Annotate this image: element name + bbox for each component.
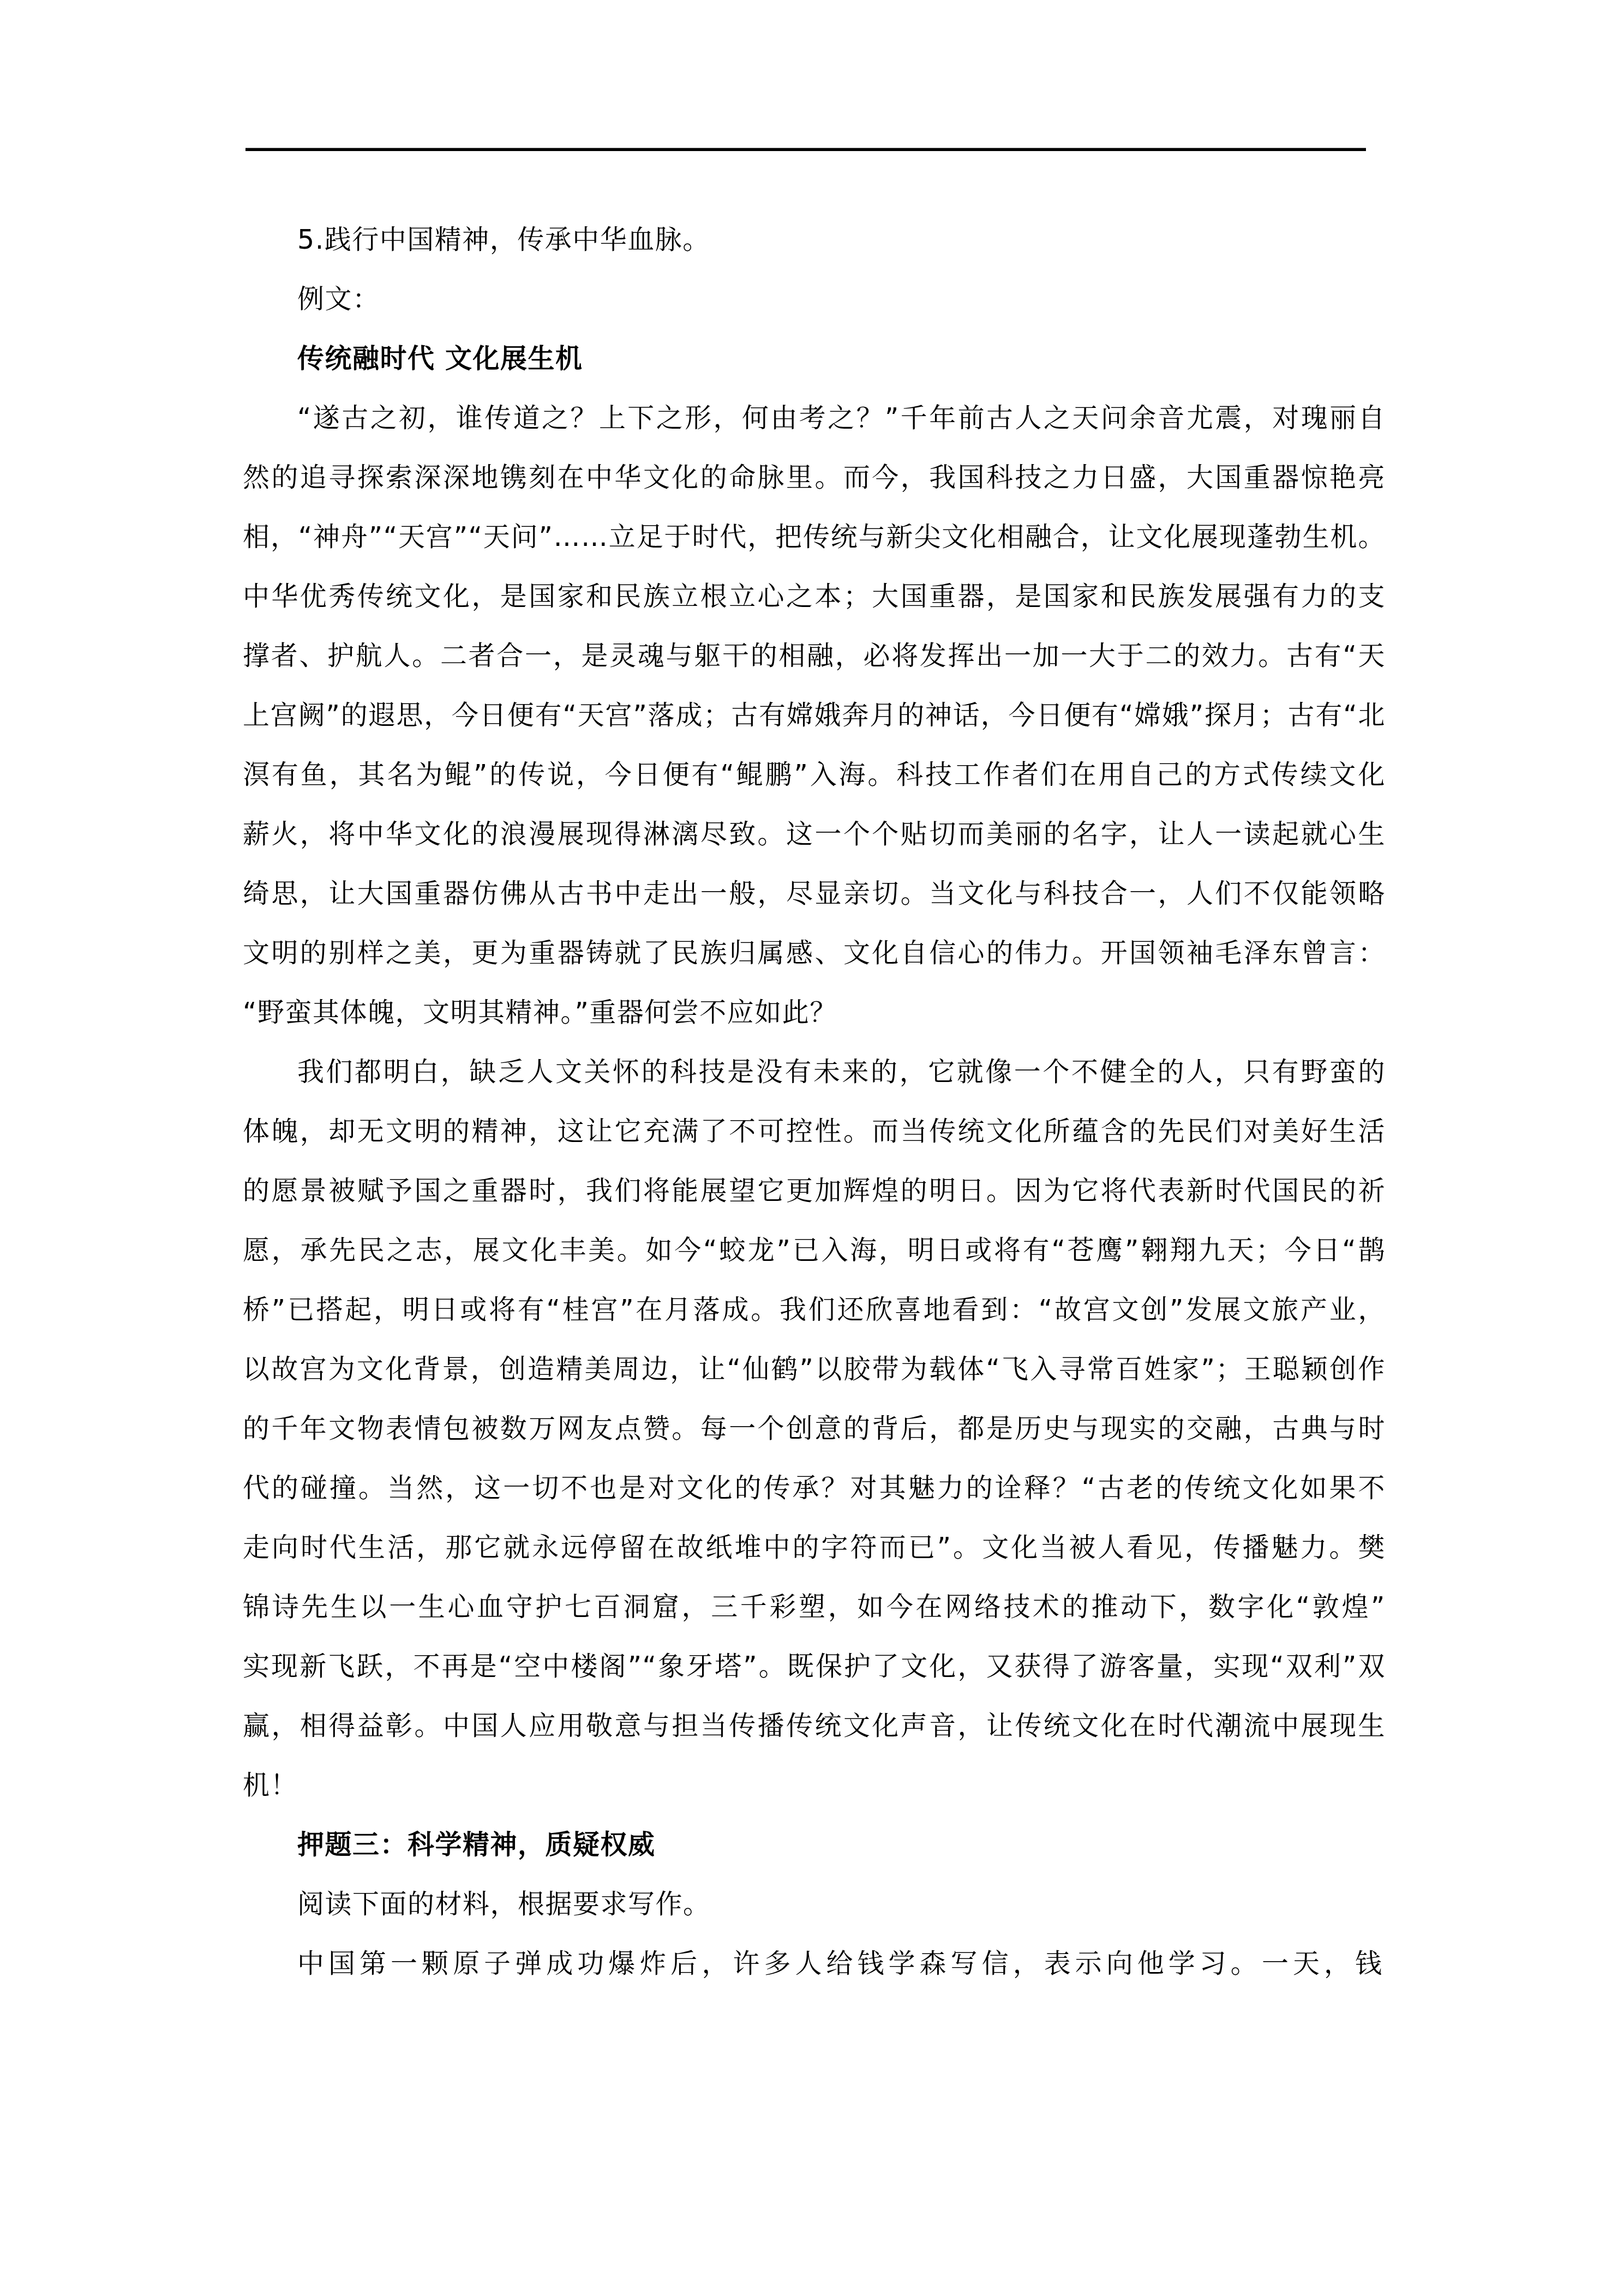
paragraph-line: 愿，承先民之志，展文化丰美。如今“蛟龙”已入海，明日或将有“苍鹰”翱翔九天；今日… (243, 1221, 1386, 1280)
paragraph-line: 文明的别样之美，更为重器铸就了民族归属感、文化自信心的伟力。开国领袖毛泽东曾言： (243, 923, 1386, 983)
paragraph-line: 绮思，让大国重器仿佛从古书中走出一般，尽显亲切。当文化与科技合一，人们不仅能领略 (243, 864, 1386, 923)
paragraph-line: 然的追寻探索深深地镌刻在中华文化的命脉里。而今，我国科技之力日盛，大国重器惊艳亮 (243, 448, 1386, 507)
paragraph-line: 走向时代生活，那它就永远停留在故纸堆中的字符而已”。文化当被人看见，传播魅力。樊 (243, 1518, 1386, 1577)
essay-paragraph-2: 我们都明白，缺乏人文关怀的科技是没有未来的，它就像一个不健全的人，只有野蛮的 体… (243, 1042, 1386, 1815)
paragraph-line: 机！ (243, 1756, 1386, 1815)
paragraph-line: 的愿景被赋予国之重器时，我们将能展望它更加辉煌的明日。因为它将代表新时代国民的祈 (243, 1161, 1386, 1221)
example-label: 例文： (243, 269, 1386, 329)
item-5: 5.践行中国精神，传承中华血脉。 (243, 210, 1386, 269)
essay-paragraph-1: “遂古之初，谁传道之？上下之形，何由考之？”千年前古人之天问余音尤震，对瑰丽自 … (243, 388, 1386, 1042)
header-rule (245, 148, 1366, 151)
paragraph-line: 相，“神舟”“天宫”“天问”……立足于时代，把传统与新尖文化相融合，让文化展现蓬… (243, 507, 1386, 567)
paragraph-line: 代的碰撞。当然，这一切不也是对文化的传承？对其魅力的诠释？“古老的传统文化如果不 (243, 1458, 1386, 1518)
paragraph-line: 锦诗先生以一生心血守护七百洞窟，三千彩塑，如今在网络技术的推动下，数字化“敦煌” (243, 1577, 1386, 1637)
instruction-text: 阅读下面的材料，根据要求写作。 (243, 1874, 1386, 1934)
paragraph-line: “遂古之初，谁传道之？上下之形，何由考之？”千年前古人之天问余音尤震，对瑰丽自 (243, 388, 1386, 448)
paragraph-line: “野蛮其体魄，文明其精神。”重器何尝不应如此？ (243, 983, 1386, 1042)
material-line: 中国第一颗原子弹成功爆炸后，许多人给钱学森写信，表示向他学习。一天，钱学森收 (243, 1934, 1386, 1993)
essay-title: 传统融时代 文化展生机 (243, 329, 1386, 388)
document-body: 5.践行中国精神，传承中华血脉。 例文： 传统融时代 文化展生机 “遂古之初，谁… (243, 210, 1386, 1993)
paragraph-line: 实现新飞跃，不再是“空中楼阁”“象牙塔”。既保护了文化，又获得了游客量，实现“双… (243, 1637, 1386, 1696)
paragraph-line: 我们都明白，缺乏人文关怀的科技是没有未来的，它就像一个不健全的人，只有野蛮的 (243, 1042, 1386, 1102)
paragraph-line: 上宫阙”的遐思，今日便有“天宫”落成；古有嫦娥奔月的神话，今日便有“嫦娥”探月；… (243, 686, 1386, 745)
paragraph-line: 赢，相得益彰。中国人应用敬意与担当传播传统文化声音，让传统文化在时代潮流中展现生 (243, 1696, 1386, 1756)
paragraph-line: 薪火，将中华文化的浪漫展现得淋漓尽致。这一个个贴切而美丽的名字，让人一读起就心生 (243, 804, 1386, 864)
paragraph-line: 中华优秀传统文化，是国家和民族立根立心之本；大国重器，是国家和民族发展强有力的支 (243, 567, 1386, 626)
section-3-title: 押题三：科学精神，质疑权威 (243, 1815, 1386, 1874)
paragraph-line: 撑者、护航人。二者合一，是灵魂与躯干的相融，必将发挥出一加一大于二的效力。古有“… (243, 626, 1386, 686)
paragraph-line: 溟有鱼，其名为鲲”的传说，今日便有“鲲鹏”入海。科技工作者们在用自己的方式传续文… (243, 745, 1386, 804)
paragraph-line: 体魄，却无文明的精神，这让它充满了不可控性。而当传统文化所蕴含的先民们对美好生活 (243, 1102, 1386, 1161)
paragraph-line: 桥”已搭起，明日或将有“桂宫”在月落成。我们还欣喜地看到：“故宫文创”发展文旅产… (243, 1280, 1386, 1339)
paragraph-line: 的千年文物表情包被数万网友点赞。每一个创意的背后，都是历史与现实的交融，古典与时 (243, 1399, 1386, 1458)
paragraph-line: 以故宫为文化背景，创造精美周边，让“仙鹤”以胶带为载体“飞入寻常百姓家”；王聪颖… (243, 1339, 1386, 1399)
